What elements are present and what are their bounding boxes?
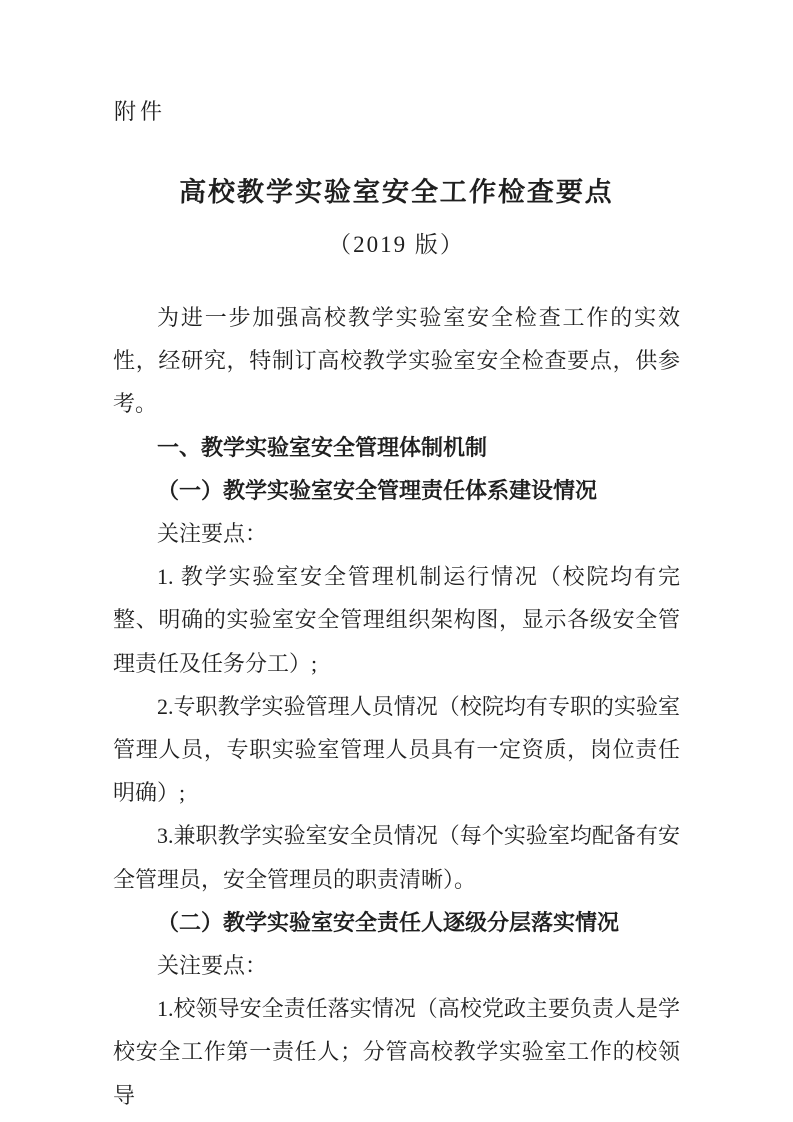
- intro-paragraph: 为进一步加强高校教学实验室安全检查工作的实效性，经研究，特制订高校教学实验室安全…: [113, 296, 680, 426]
- subsection-2-heading: （二）教学实验室安全责任人逐级分层落实情况: [113, 901, 680, 944]
- subsection-1-heading: （一）教学实验室安全管理责任体系建设情况: [113, 469, 680, 512]
- section-1-heading: 一、教学实验室安全管理体制机制: [113, 426, 680, 469]
- focus-points-label-2: 关注要点：: [113, 944, 680, 987]
- document-page: 附件 高校教学实验室安全工作检查要点 （2019 版） 为进一步加强高校教学实验…: [0, 0, 793, 1122]
- checkpoint-item-1-3: 3.兼职教学实验室安全员情况（每个实验室均配备有安全管理员，安全管理员的职责清晰…: [113, 814, 680, 900]
- document-body: 为进一步加强高校教学实验室安全检查工作的实效性，经研究，特制订高校教学实验室安全…: [113, 296, 680, 1117]
- checkpoint-item-1-1: 1. 教学实验室安全管理机制运行情况（校院均有完整、明确的实验室安全管理组织架构…: [113, 555, 680, 685]
- document-title: 高校教学实验室安全工作检查要点: [0, 172, 793, 212]
- focus-points-label-1: 关注要点：: [113, 512, 680, 555]
- checkpoint-item-1-2: 2.专职教学实验管理人员情况（校院均有专职的实验室管理人员，专职实验室管理人员具…: [113, 685, 680, 815]
- document-edition-subtitle: （2019 版）: [0, 226, 793, 264]
- checkpoint-item-2-1: 1.校领导安全责任落实情况（高校党政主要负责人是学校安全工作第一责任人；分管高校…: [113, 987, 680, 1117]
- attachment-label: 附件: [114, 97, 166, 127]
